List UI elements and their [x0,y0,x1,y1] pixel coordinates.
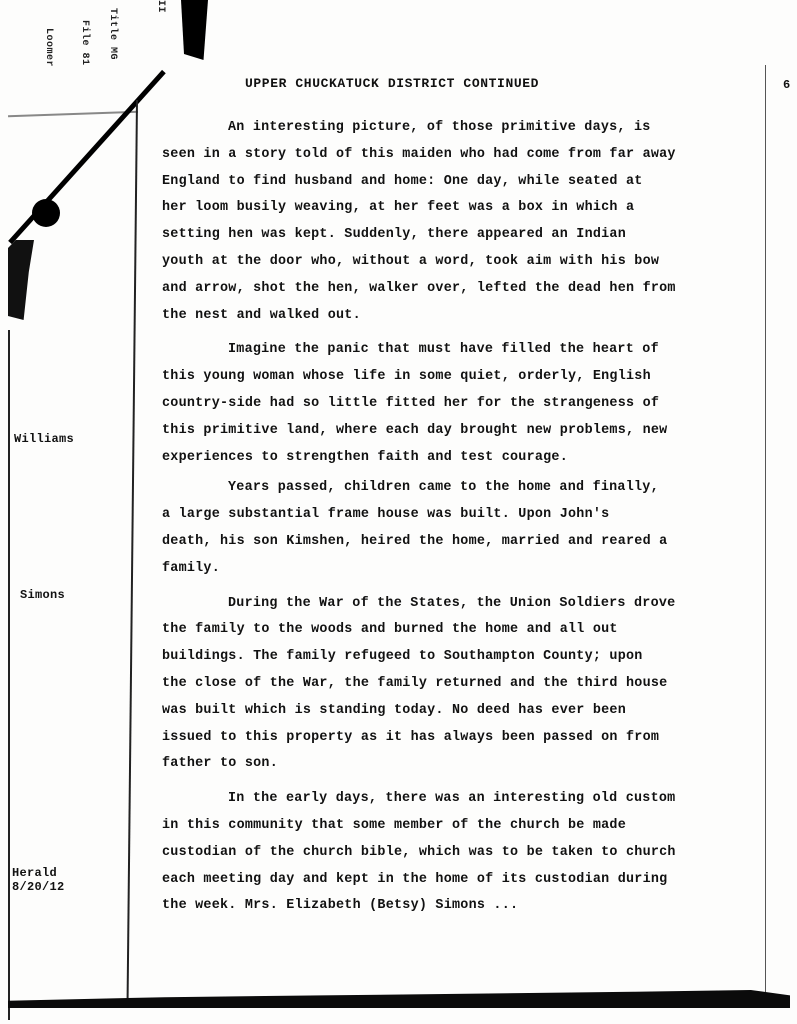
text-line: the family to the woods and burned the h… [162,622,618,637]
margin-note: Simons [20,588,65,602]
text-line: England to find husband and home: One da… [162,174,643,189]
text-line: An interesting picture, of those primiti… [228,120,651,135]
margin-note: Williams [14,432,74,446]
text-line: and arrow, shot the hen, walker over, le… [162,281,676,296]
stamp-line: II [155,0,166,13]
text-line: her loom busily weaving, at her feet was… [162,200,634,215]
margin-rule-left [127,100,138,1005]
text-line: was built which is standing today. No de… [162,703,626,718]
text-line: country-side had so little fitted her fo… [162,396,659,411]
text-line: the close of the War, the family returne… [162,676,667,691]
text-line: seen in a story told of this maiden who … [162,147,676,162]
text-line: setting hen was kept. Suddenly, there ap… [162,227,626,242]
text-line: Imagine the panic that must have filled … [228,342,659,357]
margin-note: 8/20/12 [12,880,65,894]
text-line: each meeting day and kept in the home of… [162,872,667,887]
text-line: the nest and walked out. [162,308,361,323]
text-line: experiences to strengthen faith and test… [162,450,568,465]
text-line: family. [162,561,220,576]
text-line: death, his son Kimshen, heired the home,… [162,534,667,549]
text-line: In the early days, there was an interest… [228,791,675,806]
page-number: 6 [783,78,790,92]
text-line: During the War of the States, the Union … [228,596,675,611]
page-edge-rule [8,330,10,1020]
text-line: this primitive land, where each day brou… [162,423,667,438]
scan-bottom-edge [8,990,790,1008]
text-line: the week. Mrs. Elizabeth (Betsy) Simons … [162,898,518,913]
text-line: father to son. [162,756,278,771]
stamp-line: File 81 [79,20,90,66]
text-line: this young woman whose life in some quie… [162,369,651,384]
stamp-line: Title MG [107,8,118,60]
scan-artifact-smudge [8,240,34,320]
archive-stamp: Loomer File 81 Title MG II [6,0,156,110]
text-line: youth at the door who, without a word, t… [162,254,659,269]
document-page: Loomer File 81 Title MG II UPPER CHUCKAT… [0,0,797,1024]
scan-artifact [178,0,208,60]
text-line: in this community that some member of th… [162,818,626,833]
text-line: Years passed, children came to the home … [228,480,659,495]
scan-artifact-blob [32,199,60,227]
text-line: buildings. The family refugeed to Southa… [162,649,643,664]
text-line: custodian of the church bible, which was… [162,845,676,860]
text-line: a large substantial frame house was buil… [162,507,609,522]
margin-rule-right [765,65,766,1000]
margin-note: Herald [12,866,57,880]
text-line: issued to this property as it has always… [162,730,659,745]
page-heading: UPPER CHUCKATUCK DISTRICT CONTINUED [245,76,539,91]
stamp-line: Loomer [43,28,54,67]
